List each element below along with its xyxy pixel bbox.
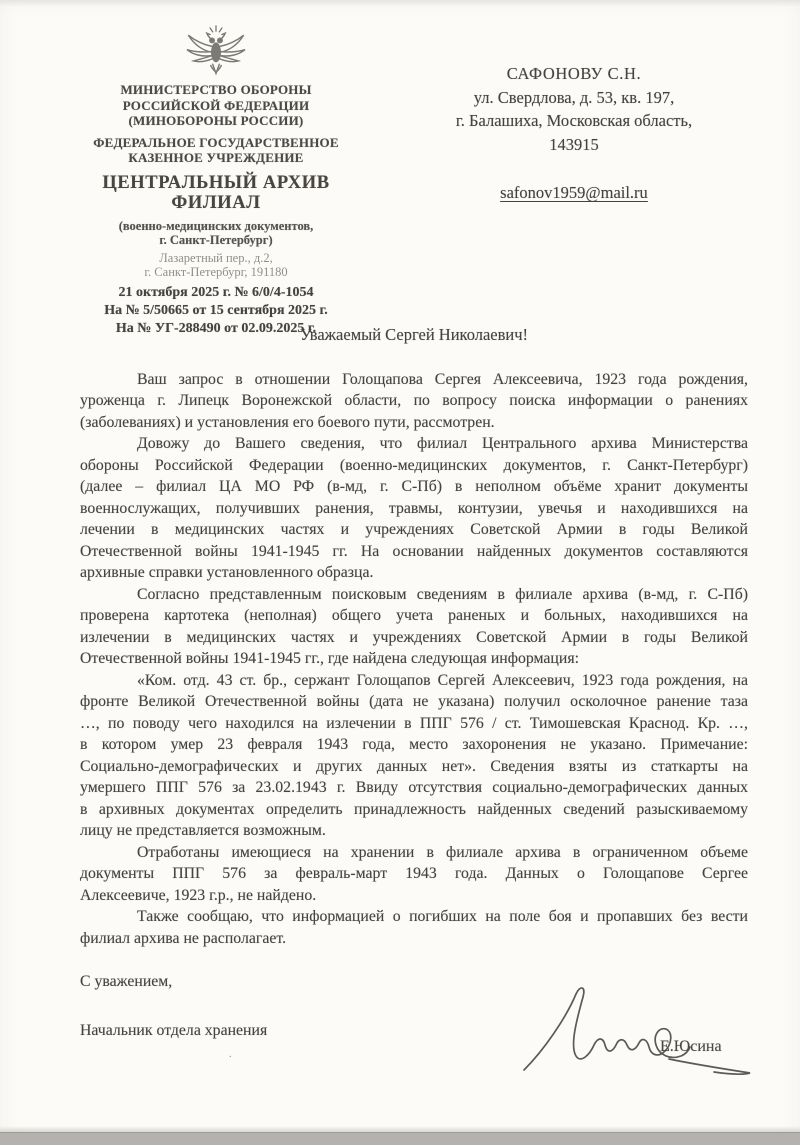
handwritten-signature-icon [518,984,764,1084]
text-line: МИНИСТЕРСТВО ОБОРОНЫ [55,82,377,98]
recipient-email: safonov1959@mail.ru [500,181,648,205]
body-paragraph: Также сообщаю, что информацией о погибши… [80,906,748,949]
text-line: РОССИЙСКОЙ ФЕДЕРАЦИИ [55,98,377,114]
body-paragraph: Отработаны имеющиеся на хранении в филиа… [80,842,748,907]
paragraph-line: в котором умер 23 февраля 1943 года, мес… [80,734,748,756]
archive-address-lines: Лазаретный пер., д.2,г. Санкт-Петербург,… [55,251,377,279]
text-line: г. Санкт-Петербург, 191180 [55,265,377,279]
body-paragraph: Довожу до Вашего сведения, что филиал Це… [80,433,748,584]
text-line: ФИЛИАЛ [55,193,377,214]
paragraphs-container: Ваш запрос в отношении Голощапова Сергея… [80,369,748,950]
paragraph-line: военнослужащих, получивших ранения, трав… [80,498,748,520]
recipient-address-lines: ул. Свердлова, д. 53, кв. 197,г. Балаших… [396,86,752,157]
paragraph-line: Социально-демографических и других данны… [80,756,748,778]
body-paragraph: Согласно представленным поисковым сведен… [80,584,748,670]
scan-top-edge [0,0,800,7]
paragraph-line: Отечественной войны 1941-1945 гг. На осн… [80,541,748,563]
letterhead: МИНИСТЕРСТВО ОБОРОНЫРОССИЙСКОЙ ФЕДЕРАЦИИ… [55,24,377,338]
text-line: Лазаретный пер., д.2, [55,251,377,265]
recipient-name: САФОНОВУ С.Н. [396,62,752,86]
paragraph-line: Отечественной войны 1941-1945 гг., где н… [80,648,748,670]
ministry-emblem-icon [55,24,377,78]
paragraph-line: документы ППГ 576 за февраль-март 1943 г… [80,863,748,885]
letter-body: Уважаемый Сергей Николаевич! Ваш запрос … [80,324,748,1041]
signer-name: Е.Юсина [660,1038,722,1056]
salutation: Уважаемый Сергей Николаевич! [80,324,748,346]
paragraph-line: фронте Великой Отечественной войны (дата… [80,691,748,713]
text-line: (МИНОБОРОНЫ РОССИИ) [55,113,377,129]
paragraph-line: Ваш запрос в отношении Голощапова Сергея… [80,369,748,391]
paragraph-line: …, по поводу чего находился на излечении… [80,713,748,735]
archive-title-lines: ЦЕНТРАЛЬНЫЙ АРХИВФИЛИАЛ [55,173,377,214]
paragraph-line: (заболеваниях) и установления его боевог… [80,412,748,434]
body-paragraph: «Ком. отд. 43 ст. бр., сержант Голощапов… [80,670,748,842]
paragraph-line: обороны Российской Федерации (военно-мед… [80,455,748,477]
text-line: ФЕДЕРАЛЬНОЕ ГОСУДАРСТВЕННОЕ [55,135,377,151]
paragraph-line: Также сообщаю, что информацией о погибши… [80,906,748,928]
text-line: ЦЕНТРАЛЬНЫЙ АРХИВ [55,173,377,194]
institution-type-lines: ФЕДЕРАЛЬНОЕ ГОСУДАРСТВЕННОЕКАЗЕННОЕ УЧРЕ… [55,135,377,166]
paragraph-line: Довожу до Вашего сведения, что филиал Це… [80,433,748,455]
text-line: 143915 [396,133,752,157]
text-line: г. Балашиха, Московская область, [396,109,752,133]
scanned-letter-page: МИНИСТЕРСТВО ОБОРОНЫРОССИЙСКОЙ ФЕДЕРАЦИИ… [0,0,800,1145]
text-line: г. Санкт-Петербург) [55,233,377,248]
paragraph-line: в архивных документах определить принадл… [80,799,748,821]
paragraph-line: излечении в медицинских частях и учрежде… [80,627,748,649]
paragraph-line: Отработаны имеющиеся на хранении в филиа… [80,842,748,864]
scan-bottom-edge [0,1132,800,1145]
scan-speck: ’ [87,468,90,478]
paragraph-line: (далее – филиал ЦА МО РФ (в-мд, г. С-Пб)… [80,476,748,498]
paragraph-line: проверена картотека (неполная) общего уч… [80,605,748,627]
text-line: (военно-медицинских документов, [55,219,377,234]
text-line: На № 5/50665 от 15 сентября 2025 г. [55,302,377,320]
body-paragraph: Ваш запрос в отношении Голощапова Сергея… [80,369,748,434]
text-line: ул. Свердлова, д. 53, кв. 197, [396,86,752,110]
text-line: КАЗЕННОЕ УЧРЕЖДЕНИЕ [55,150,377,166]
paragraph-line: лицу не представляется возможным. [80,820,748,842]
text-line: 21 октября 2025 г. № 6/0/4-1054 [55,284,377,302]
ministry-name-lines: МИНИСТЕРСТВО ОБОРОНЫРОССИЙСКОЙ ФЕДЕРАЦИИ… [55,82,377,129]
branch-description-lines: (военно-медицинских документов,г. Санкт-… [55,219,377,248]
recipient-block: САФОНОВУ С.Н. ул. Свердлова, д. 53, кв. … [396,62,752,205]
paragraph-line: Алексеевиче, 1923 г.р., не найдено. [80,885,748,907]
scan-speck: . [229,1050,232,1060]
paragraph-line: Согласно представленным поисковым сведен… [80,584,748,606]
paragraph-line: архивные справки установленного образца. [80,562,748,584]
paragraph-line: лечении в медицинских частях и учреждени… [80,519,748,541]
paragraph-line: уроженца г. Липецк Воронежской области, … [80,390,748,412]
paragraph-line: умершего ППГ 576 за 23.02.1943 г. Ввиду … [80,777,748,799]
paragraph-line: филиал архива не располагает. [80,928,748,950]
paragraph-line: «Ком. отд. 43 ст. бр., сержант Голощапов… [80,670,748,692]
